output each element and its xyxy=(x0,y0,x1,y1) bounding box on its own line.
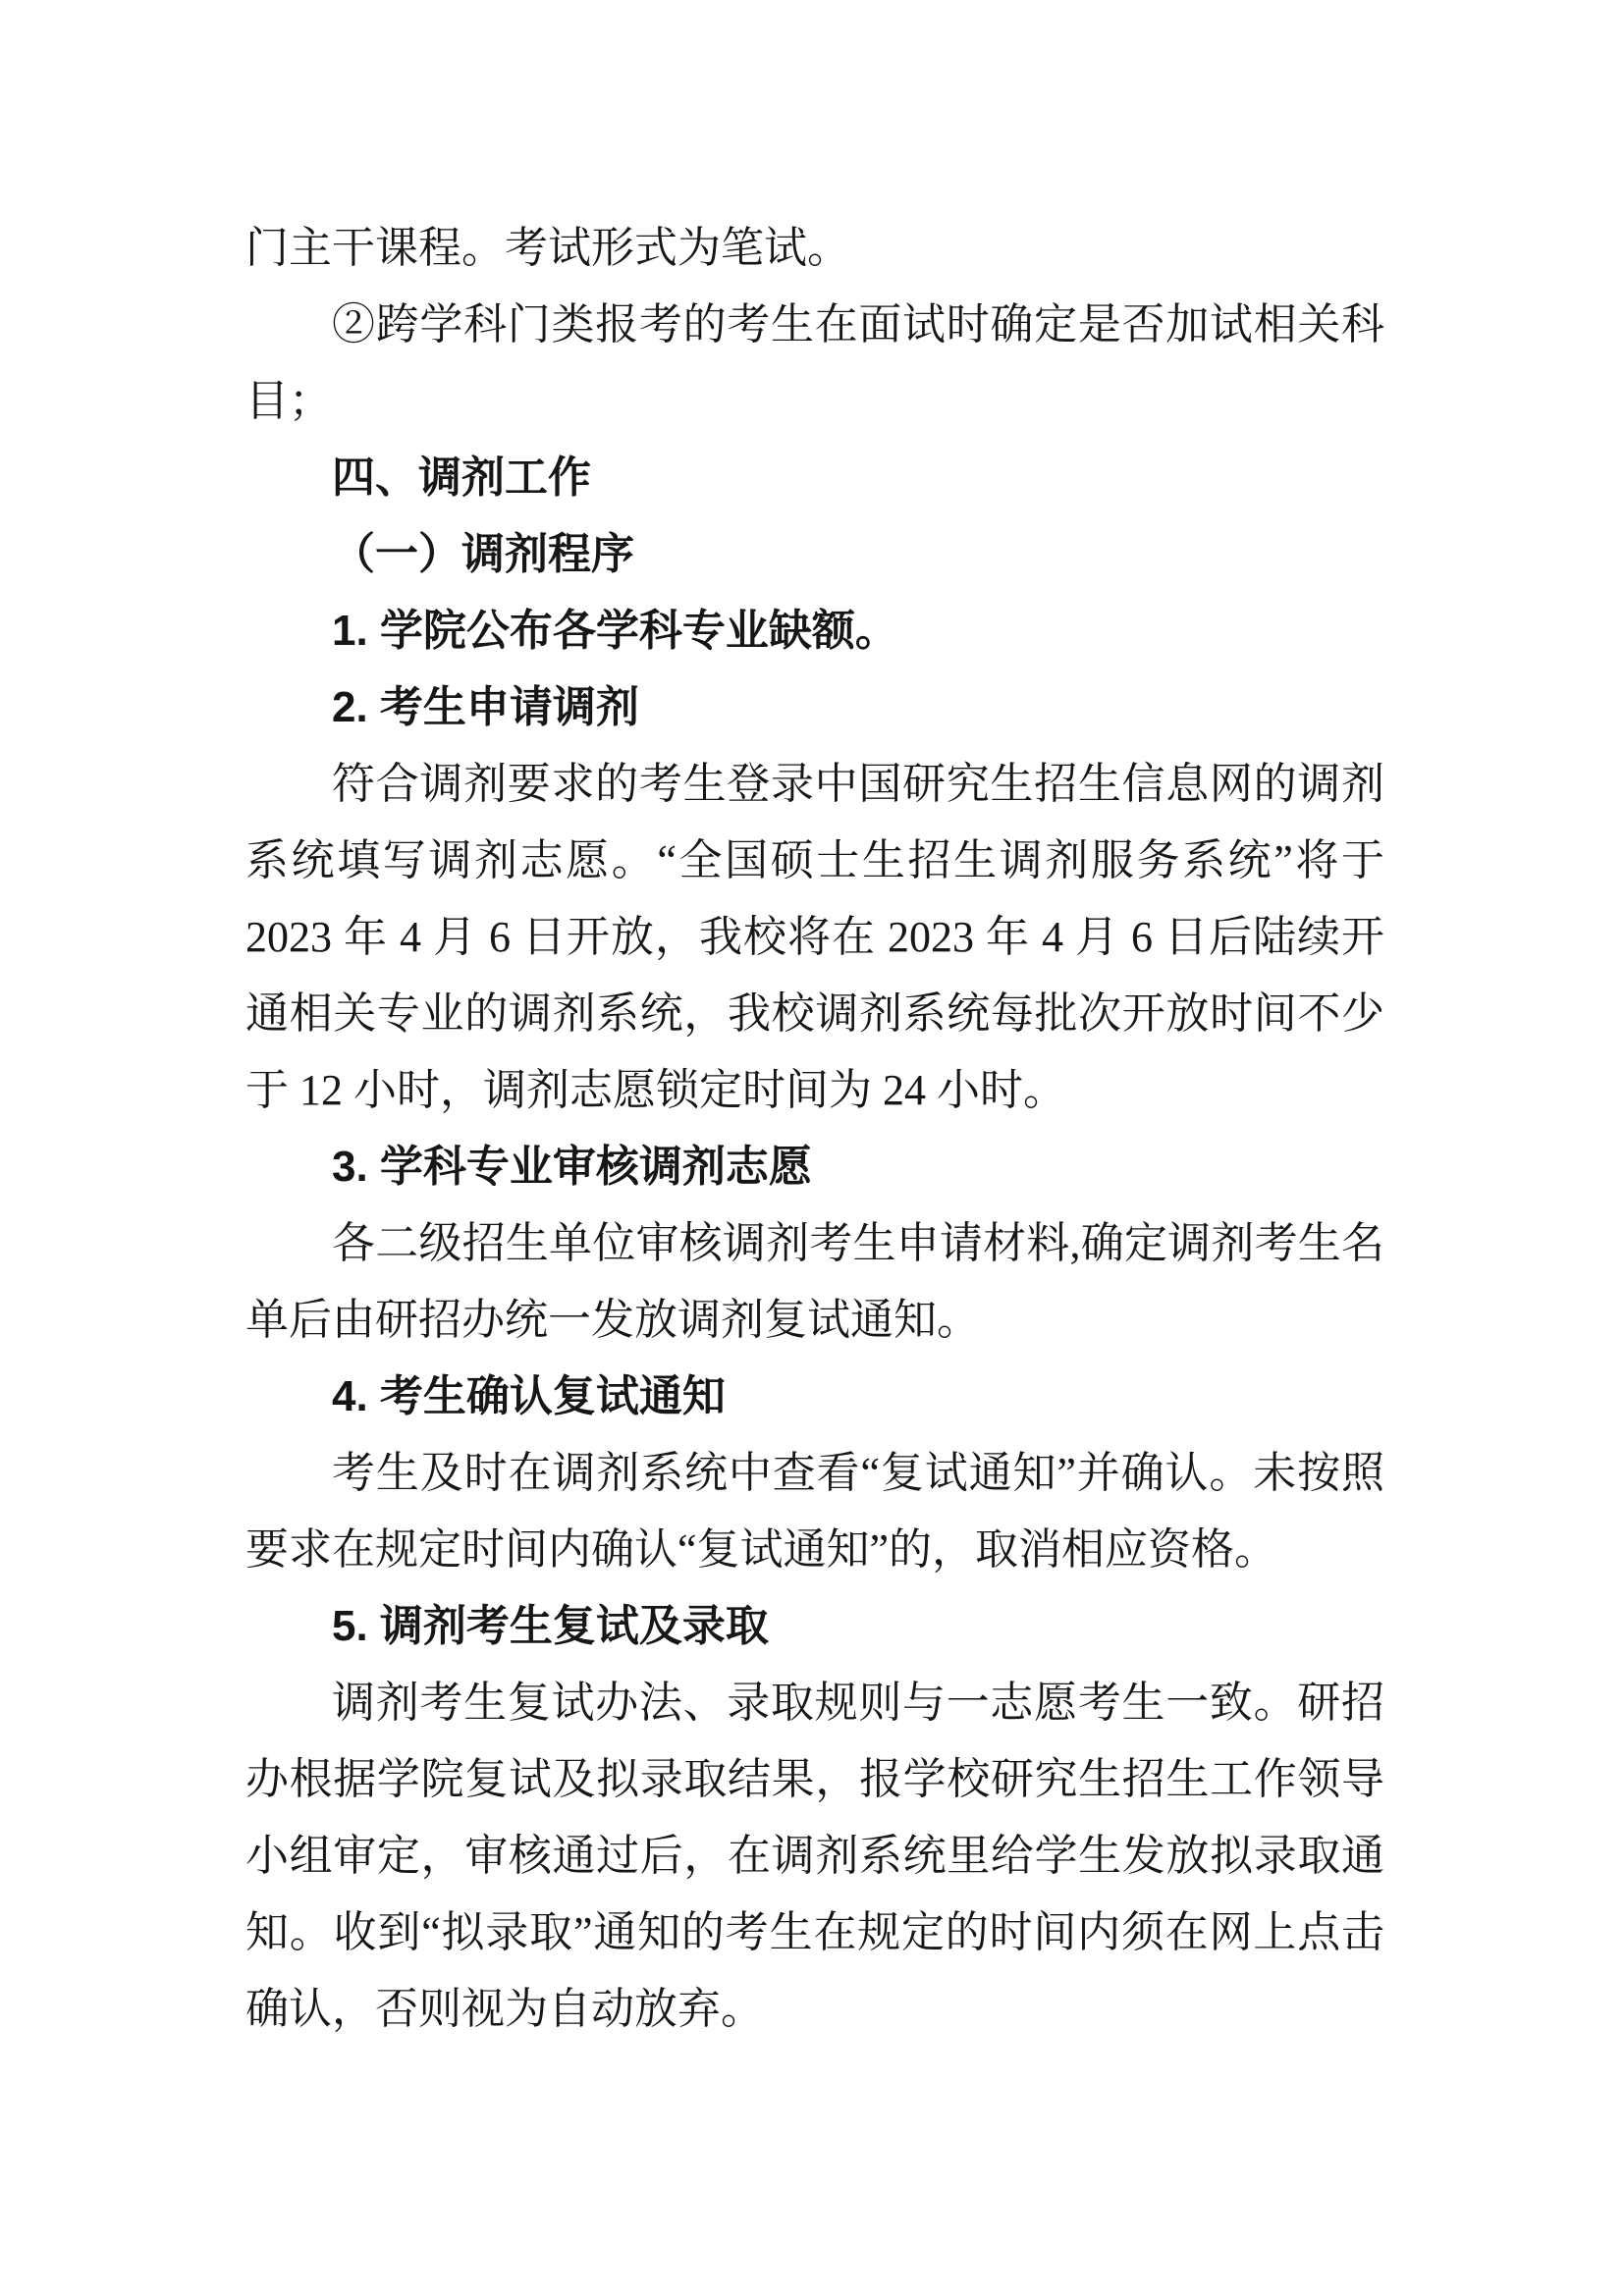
heading-paragraph: 1. 学院公布各学科专业缺额。 xyxy=(245,593,1384,669)
document-body: 门主干课程。考试形式为笔试。②跨学科门类报考的考生在面试时确定是否加试相关科目；… xyxy=(245,210,1384,2048)
heading-paragraph: 四、调剂工作 xyxy=(245,440,1384,516)
body-paragraph: ②跨学科门类报考的考生在面试时确定是否加试相关科目； xyxy=(245,287,1384,440)
document-page: 门主干课程。考试形式为笔试。②跨学科门类报考的考生在面试时确定是否加试相关科目；… xyxy=(0,0,1624,2296)
heading-paragraph: 4. 考生确认复试通知 xyxy=(245,1359,1384,1435)
body-paragraph: 符合调剂要求的考生登录中国研究生招生信息网的调剂系统填写调剂志愿。“全国硕士生招… xyxy=(245,746,1384,1129)
body-paragraph: 考生及时在调剂系统中查看“复试通知”并确认。未按照要求在规定时间内确认“复试通知… xyxy=(245,1435,1384,1588)
body-paragraph: 门主干课程。考试形式为笔试。 xyxy=(245,210,1384,287)
heading-paragraph: （一）调剂程序 xyxy=(245,516,1384,593)
heading-paragraph: 2. 考生申请调剂 xyxy=(245,669,1384,746)
body-paragraph: 调剂考生复试办法、录取规则与一志愿考生一致。研招办根据学院复试及拟录取结果，报学… xyxy=(245,1665,1384,2048)
heading-paragraph: 3. 学科专业审核调剂志愿 xyxy=(245,1129,1384,1205)
heading-paragraph: 5. 调剂考生复试及录取 xyxy=(245,1588,1384,1665)
body-paragraph: 各二级招生单位审核调剂考生申请材料,确定调剂考生名单后由研招办统一发放调剂复试通… xyxy=(245,1205,1384,1359)
